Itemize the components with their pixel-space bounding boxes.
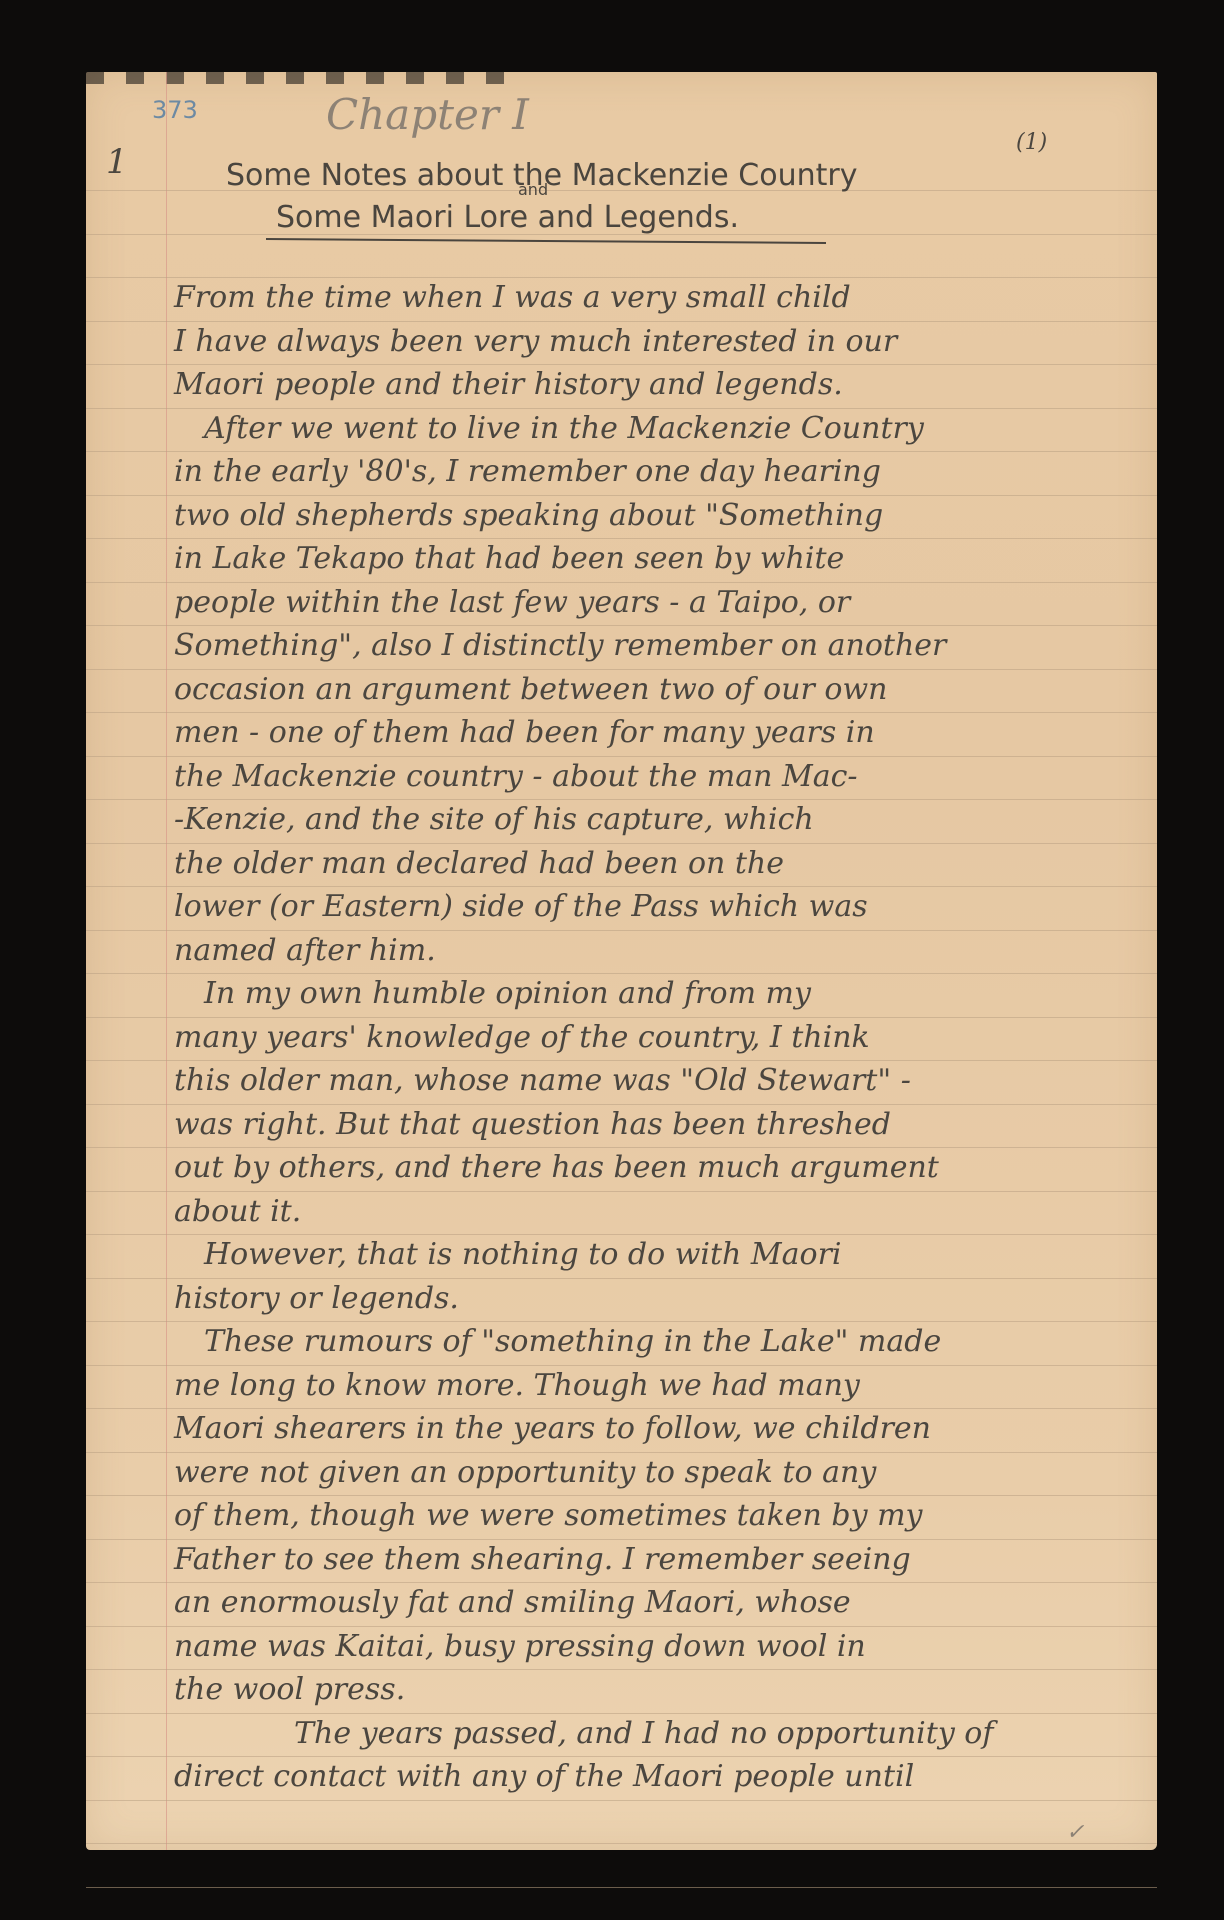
text-line: I have always been very much interested …	[174, 320, 1134, 364]
text-line: Something", also I distinctly remember o…	[174, 624, 1134, 668]
title-underline	[266, 238, 826, 244]
text-line: in Lake Tekapo that had been seen by whi…	[174, 537, 1134, 581]
text-line: the wool press.	[174, 1668, 1134, 1712]
archive-number: 373	[152, 96, 198, 124]
title-line-2: Some Maori Lore and Legends.	[276, 200, 739, 235]
text-line: two old shepherds speaking about "Someth…	[174, 494, 1134, 538]
manuscript-page: 373 Chapter I (1) 1 Some Notes about the…	[86, 72, 1157, 1850]
text-line: history or legends.	[174, 1277, 1134, 1321]
page-number: (1)	[1016, 130, 1047, 155]
ruled-line	[86, 1843, 1157, 1844]
chapter-heading: Chapter I	[326, 90, 529, 139]
text-line: In my own humble opinion and from my	[174, 972, 1134, 1016]
check-mark-icon: ✓	[1066, 1820, 1084, 1845]
text-line: -Kenzie, and the site of his capture, wh…	[174, 798, 1134, 842]
ruled-line	[86, 1800, 1157, 1801]
text-line: occasion an argument between two of our …	[174, 668, 1134, 712]
text-line: The years passed, and I had no opportuni…	[174, 1712, 1134, 1756]
text-line: out by others, and there has been much a…	[174, 1146, 1134, 1190]
text-line: men - one of them had been for many year…	[174, 711, 1134, 755]
text-line: an enormously fat and smiling Maori, who…	[174, 1581, 1134, 1625]
text-line: about it.	[174, 1190, 1134, 1234]
text-line: direct contact with any of the Maori peo…	[174, 1755, 1134, 1799]
text-line: named after him.	[174, 929, 1134, 973]
title-connector: and	[518, 180, 548, 199]
text-line: Maori people and their history and legen…	[174, 363, 1134, 407]
text-line: the older man declared had been on the	[174, 842, 1134, 886]
text-line: Maori shearers in the years to follow, w…	[174, 1407, 1134, 1451]
text-line: name was Kaitai, busy pressing down wool…	[174, 1625, 1134, 1669]
text-line: These rumours of "something in the Lake"…	[174, 1320, 1134, 1364]
torn-edge	[86, 70, 506, 84]
text-line: of them, though we were sometimes taken …	[174, 1494, 1134, 1538]
text-line: Father to see them shearing. I remember …	[174, 1538, 1134, 1582]
text-line: However, that is nothing to do with Maor…	[174, 1233, 1134, 1277]
handwritten-body: From the time when I was a very small ch…	[174, 276, 1134, 1799]
text-line: lower (or Eastern) side of the Pass whic…	[174, 885, 1134, 929]
text-line: was right. But that question has been th…	[174, 1103, 1134, 1147]
text-line: many years' knowledge of the country, I …	[174, 1016, 1134, 1060]
margin-mark: 1	[106, 142, 128, 182]
text-line: me long to know more. Though we had many	[174, 1364, 1134, 1408]
text-line: the Mackenzie country - about the man Ma…	[174, 755, 1134, 799]
margin-rule	[166, 72, 167, 1850]
text-line: people within the last few years - a Tai…	[174, 581, 1134, 625]
text-line: After we went to live in the Mackenzie C…	[174, 407, 1134, 451]
text-line: were not given an opportunity to speak t…	[174, 1451, 1134, 1495]
text-line: this older man, whose name was "Old Stew…	[174, 1059, 1134, 1103]
text-line: From the time when I was a very small ch…	[174, 276, 1134, 320]
text-line: in the early '80's, I remember one day h…	[174, 450, 1134, 494]
ruled-line	[86, 1887, 1157, 1888]
